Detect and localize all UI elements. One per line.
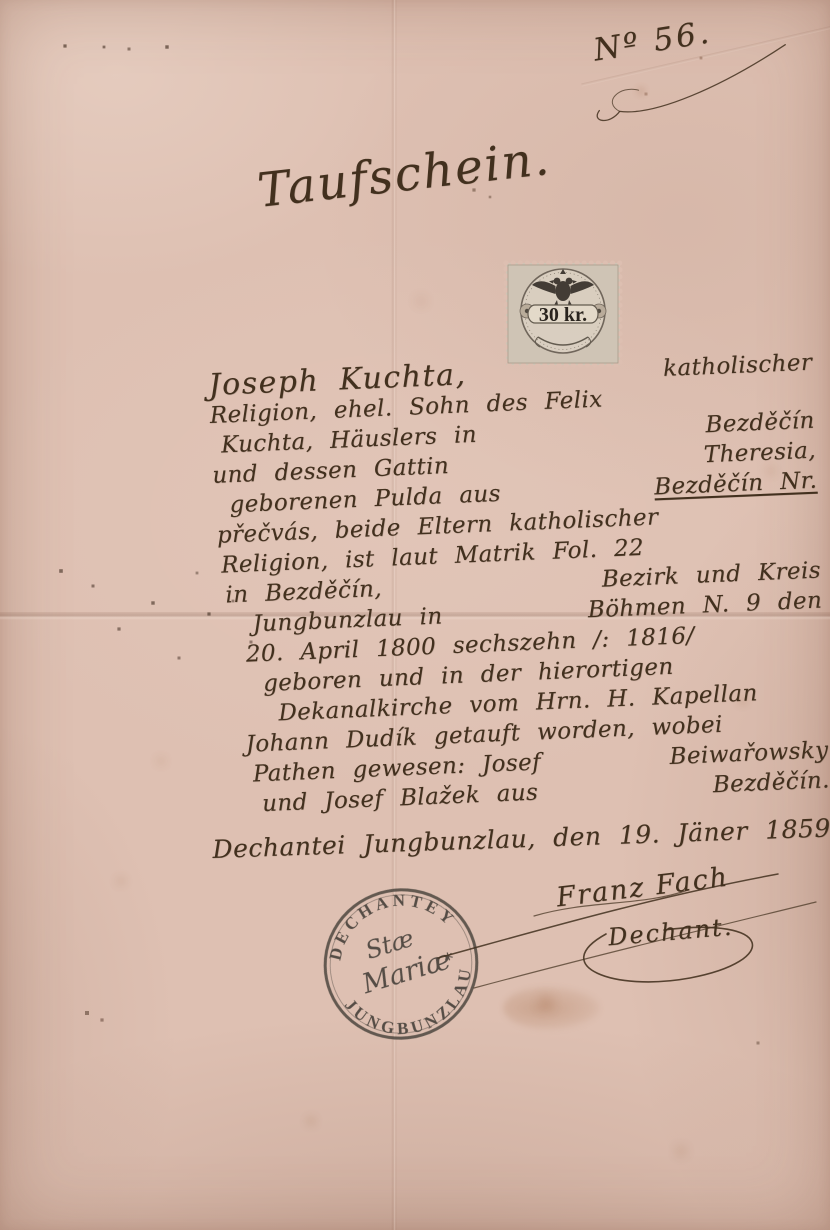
revenue-stamp-graphic: 30 kr.	[502, 259, 624, 369]
foxing-spots	[0, 0, 2, 2]
fill-in-gap	[382, 587, 602, 596]
dateline: Dechantei Jungbunzlau, den 19. Jäner 185…	[212, 813, 830, 864]
fill-in-gap	[501, 494, 654, 500]
page-title: Taufschein.	[255, 128, 579, 219]
body-segment: Bezděčín.	[712, 765, 830, 800]
ink-specks	[0, 0, 2, 2]
body-segment: Bezděčín	[705, 406, 815, 441]
fill-in-gap	[443, 617, 588, 623]
body-segment: Theresia,	[703, 436, 816, 471]
fill-in-gap	[541, 764, 670, 769]
document-number: Nº 56.	[591, 0, 811, 112]
fill-in-gap	[477, 432, 706, 442]
body-segment: katholischer	[663, 348, 813, 384]
stamp-denomination: 30 kr.	[539, 304, 587, 326]
fill-in-gap	[538, 792, 713, 799]
revenue-stamp: 30 kr.	[502, 259, 624, 369]
document-page: Nº 56. Taufschein.	[0, 0, 830, 1230]
signature-block: Franz Fach Dechant.	[438, 860, 818, 1000]
body-text: Joseph Kuchta,katholischerReligion, ehel…	[208, 346, 830, 821]
